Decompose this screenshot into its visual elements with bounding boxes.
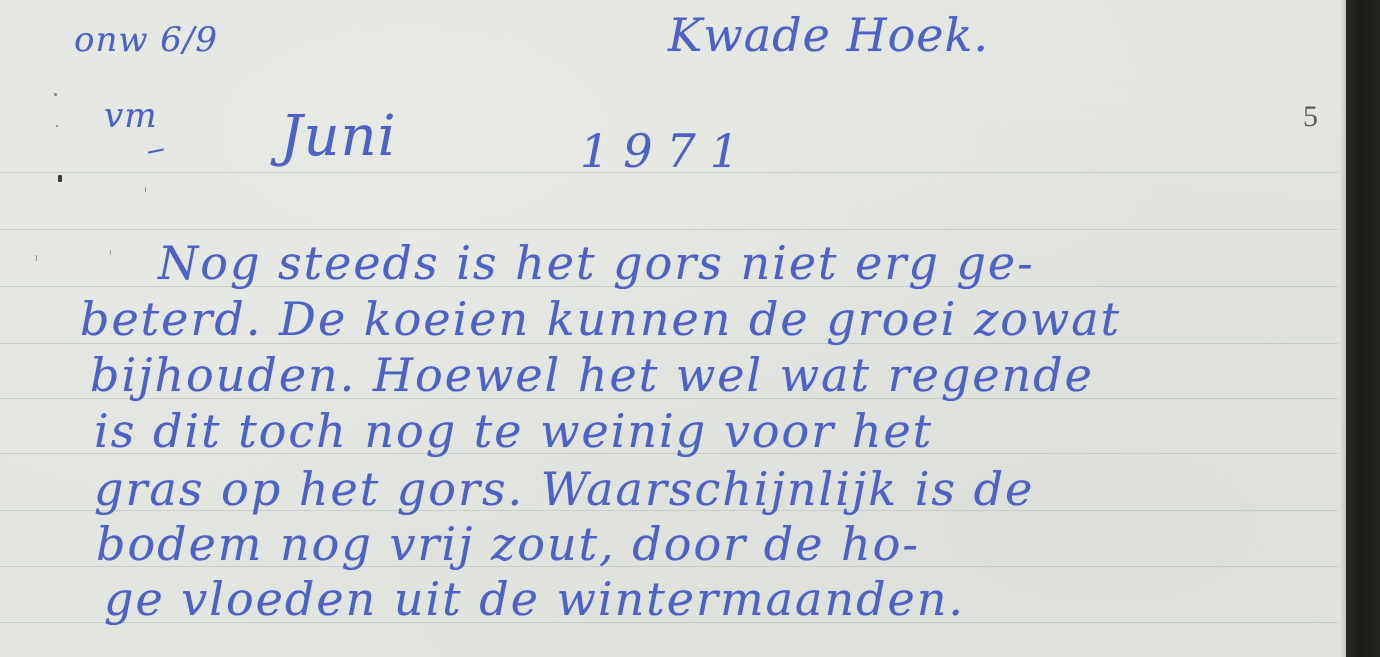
paper-speck — [54, 93, 57, 96]
body-line-3: bijhouden. Hoewel het wel wat regende — [90, 348, 1094, 402]
ruled-line — [0, 229, 1338, 230]
diary-page: onw 6/9 vm Kwade Hoek. 5 Juni 1971 Nog s… — [0, 0, 1380, 657]
date-month: Juni — [280, 104, 397, 169]
initials: vm — [104, 96, 157, 136]
body-line-4: is dit toch nog te weinig voor het — [94, 404, 933, 458]
page-title: Kwade Hoek. — [668, 8, 989, 62]
paper-speck — [36, 255, 37, 261]
date-year: 1971 — [580, 124, 753, 178]
paper-speck — [110, 250, 111, 255]
paper-speck — [58, 175, 62, 182]
paper-speck — [56, 125, 58, 127]
body-line-7: ge vloeden uit de wintermaanden. — [104, 572, 965, 626]
scan-background-edge — [1346, 0, 1380, 657]
page-number: 5 — [1303, 100, 1318, 134]
margin-note: onw 6/9 — [74, 20, 218, 60]
initials-underline — [148, 148, 164, 153]
body-line-2: beterd. De koeien kunnen de groei zowat — [80, 292, 1121, 346]
body-line-6: bodem nog vrij zout, door de ho- — [96, 517, 920, 571]
paper-speck — [145, 187, 146, 192]
body-line-1: Nog steeds is het gors niet erg ge- — [158, 236, 1035, 290]
body-line-5: gras op het gors. Waarschijnlijk is de — [94, 462, 1034, 516]
